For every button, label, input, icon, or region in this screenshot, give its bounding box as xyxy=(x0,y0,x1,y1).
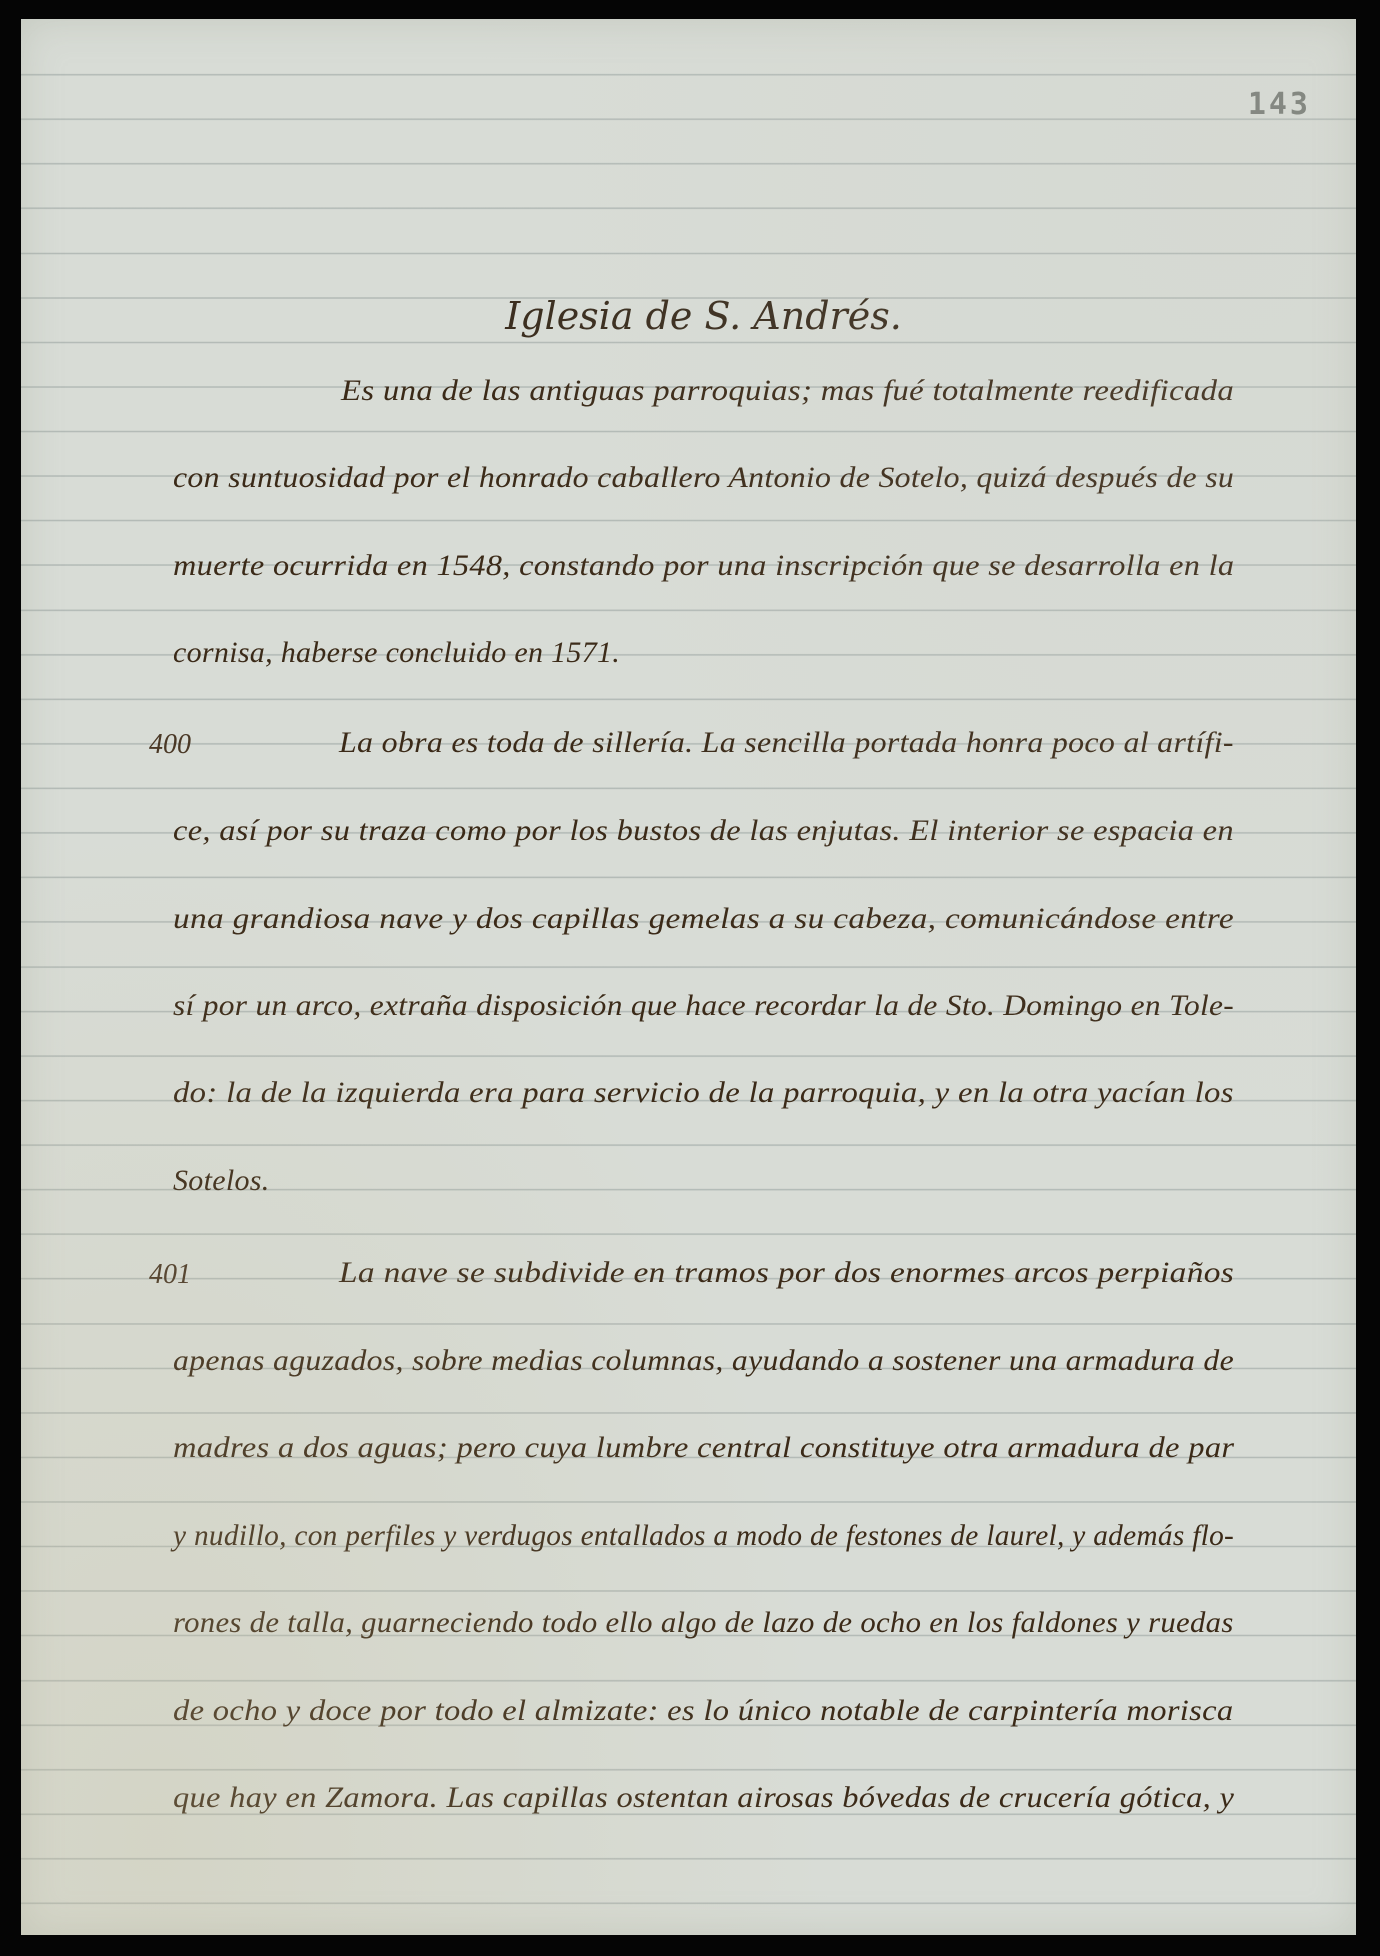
page-title: Iglesia de S. Andrés. xyxy=(21,294,1356,338)
manuscript-page: 143 Iglesia de S. Andrés. Es una de las … xyxy=(21,19,1356,1935)
text-line: La obra es toda de sillería. La sencilla… xyxy=(339,726,1234,760)
text-line: una grandiosa nave y dos capillas gemela… xyxy=(173,902,1234,936)
text-line: muerte ocurrida en 1548, constando por u… xyxy=(173,549,1234,583)
folio-number-stamp: 143 xyxy=(1248,87,1311,122)
text-line: con suntuosidad por el honrado caballero… xyxy=(173,461,1234,495)
text-line: La nave se subdivide en tramos por dos e… xyxy=(339,1256,1234,1290)
text-line: apenas aguzados, sobre medias columnas, … xyxy=(173,1344,1234,1378)
text-line: Sotelos. xyxy=(173,1164,270,1198)
text-line: do: la de la izquierda era para servicio… xyxy=(173,1076,1234,1110)
text-line: de ocho y doce por todo el almizate: es … xyxy=(173,1694,1233,1728)
text-line: rones de talla, guarneciendo todo ello a… xyxy=(173,1606,1234,1640)
text-line: que hay en Zamora. Las capillas ostentan… xyxy=(173,1781,1234,1815)
text-line: y nudillo, con perfiles y verdugos ental… xyxy=(173,1519,1234,1553)
text-line: cornisa, haberse concluido en 1571. xyxy=(173,636,620,670)
text-line: madres a dos aguas; pero cuya lumbre cen… xyxy=(173,1431,1234,1465)
text-line: sí por un arco, extraña disposición que … xyxy=(173,989,1234,1023)
text-line: Es una de las antiguas parroquias; mas f… xyxy=(341,374,1234,408)
margin-number: 400 xyxy=(149,729,191,761)
margin-number: 401 xyxy=(149,1259,191,1291)
text-line: ce, así por su traza como por los bustos… xyxy=(173,814,1234,848)
